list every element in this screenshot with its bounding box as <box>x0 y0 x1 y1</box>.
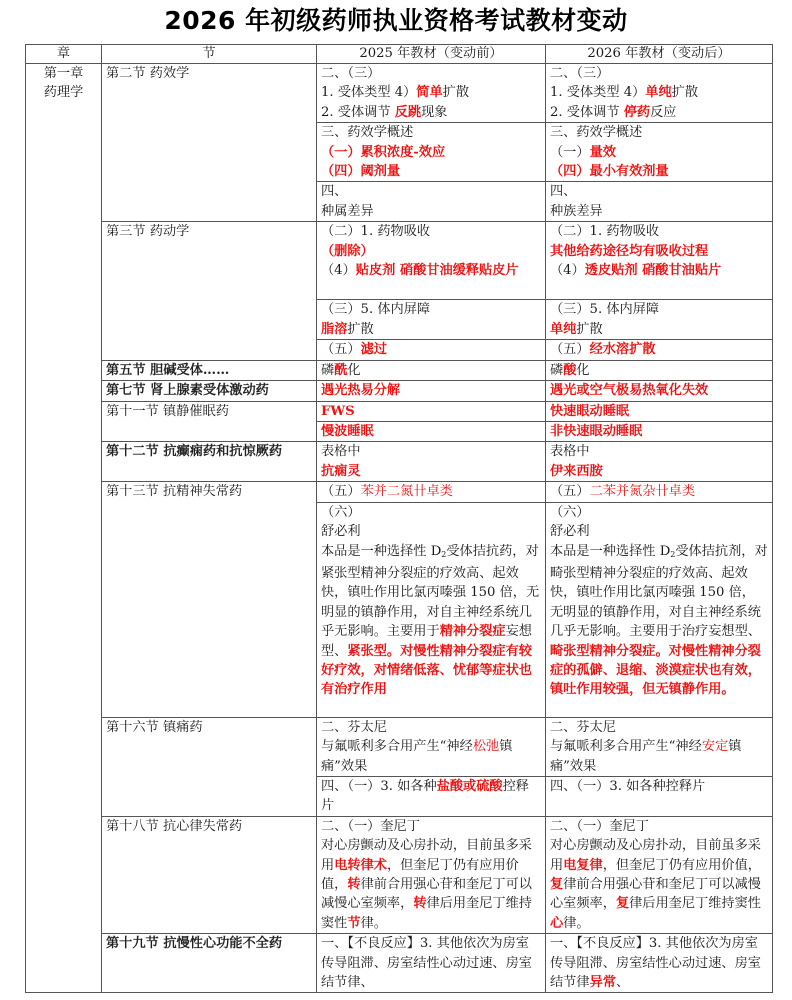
changed-text: 其他给药途径均有吸收过程 <box>550 242 768 261</box>
changed-text: 转 <box>347 877 360 892</box>
changed-text: 二苯并氮杂卄卓类 <box>590 484 696 499</box>
changed-text: 单纯 <box>645 85 671 100</box>
chapter-name: 药理学 <box>30 83 97 102</box>
after-cell: 遇光或空气极易热氧化失效 <box>546 381 773 401</box>
section-cell: 第三节 药动学 <box>102 222 317 360</box>
section-cell: 第十二节 抗癫痫药和抗惊厥药 <box>102 442 317 482</box>
section-cell: 第十八节 抗心律失常药 <box>102 816 317 933</box>
before-cell: （三）5. 体内屏障 脂溶扩散 <box>317 300 546 340</box>
changed-text: 透皮贴剂 硝酸甘油贴片 <box>585 263 721 278</box>
after-cell: 二、芬太尼 与氟哌利多合用产生“神经安定镇痛”效果 <box>546 717 773 776</box>
before-cell: 表格中 抗痫灵 <box>317 442 546 482</box>
before-cell: （六） 舒必利 本品是一种选择性 D2受体拮抗药，对紧张型精神分裂症的疗效高、起… <box>317 502 546 717</box>
changed-text: 异常 <box>590 975 616 990</box>
after-cell: 一、【不良反应】3. 其他依次为房室传导阻滞、房室结性心动过速、房室结节律异常、 <box>546 934 773 993</box>
after-cell: （五）经水溶扩散 <box>546 340 773 360</box>
section-cell: 第十一节 镇静催眠药 <box>102 401 317 442</box>
changed-text: 电复律 <box>563 858 603 873</box>
before-cell: 三、药效学概述 （一）累积浓度-效应 （四）阈剂量 <box>317 123 546 182</box>
before-cell: FWS <box>317 401 546 421</box>
table-row: 第一章 药理学 第二节 药效学 二、（三） 1. 受体类型 4）简单扩散 2. … <box>26 64 773 123</box>
section-cell: 第二节 药效学 <box>102 64 317 222</box>
changed-text: 盐酸或硫酸 <box>437 779 503 794</box>
changed-text: 伊来西胺 <box>550 462 768 481</box>
after-cell: 磷酸化 <box>546 360 773 380</box>
before-cell: 二、芬太尼 与氟哌利多合用产生“神经松弛镇痛”效果 <box>317 717 546 776</box>
after-cell: 四、（一）3. 如各种控释片 <box>546 776 773 816</box>
after-cell: 表格中 伊来西胺 <box>546 442 773 482</box>
header-section: 节 <box>102 45 317 64</box>
table-row: 第十二节 抗癫痫药和抗惊厥药 表格中 抗痫灵 表格中 伊来西胺 <box>26 442 773 482</box>
changed-text: 抗痫灵 <box>321 462 541 481</box>
changed-text: 电转律术 <box>334 858 387 873</box>
changed-text: 复 <box>550 877 563 892</box>
changed-text: （四）最小有效剂量 <box>550 162 768 181</box>
changed-text: （删除） <box>321 242 541 261</box>
before-cell: 二、（三） 1. 受体类型 4）简单扩散 2. 受体调节 反跳现象 <box>317 64 546 123</box>
section-cell: 第十六节 镇痛药 <box>102 717 317 816</box>
after-cell: 二、（一）奎尼丁 对心房颤动及心房扑动，目前虽多采用电复律，但奎尼丁仍有应用价值… <box>546 816 773 933</box>
table-row: 第十六节 镇痛药 二、芬太尼 与氟哌利多合用产生“神经松弛镇痛”效果 二、芬太尼… <box>26 717 773 776</box>
table-row: 第五节 胆碱受体…… 磷酰化 磷酸化 <box>26 360 773 380</box>
after-cell: 二、（三） 1. 受体类型 4）单纯扩散 2. 受体调节 停药反应 <box>546 64 773 123</box>
after-cell: （三）5. 体内屏障 单纯扩散 <box>546 300 773 340</box>
before-cell: （五）滤过 <box>317 340 546 360</box>
changed-text: 脂溶 <box>321 322 347 337</box>
before-cell: （五）苯并二氮卄卓类 <box>317 482 546 502</box>
changed-text: 苯并二氮卄卓类 <box>361 484 453 499</box>
changed-text: 经水溶扩散 <box>590 342 656 357</box>
after-cell: （二）1. 药物吸收 其他给药途径均有吸收过程 （4）透皮贴剂 硝酸甘油贴片 <box>546 222 773 300</box>
table-row: 第十九节 抗慢性心功能不全药 一、【不良反应】3. 其他依次为房室传导阻滞、房室… <box>26 934 773 993</box>
after-cell: （五）二苯并氮杂卄卓类 <box>546 482 773 502</box>
after-cell: 快速眼动睡眠 <box>546 401 773 421</box>
changed-text: （一）累积浓度-效应 <box>321 143 541 162</box>
header-after: 2026 年教材（变动后） <box>546 45 773 64</box>
table-header-row: 章 节 2025 年教材（变动前） 2026 年教材（变动后） <box>26 45 773 64</box>
table-row: 第十一节 镇静催眠药 FWS 快速眼动睡眠 <box>26 401 773 421</box>
after-cell: （六） 舒必利 本品是一种选择性 D2受体拮抗剂，对畸张型精神分裂症的疗效高、起… <box>546 502 773 717</box>
before-cell: 遇光热易分解 <box>317 381 546 401</box>
before-cell: 四、（一）3. 如各种盐酸或硫酸控释片 <box>317 776 546 816</box>
changed-text: 量效 <box>590 145 616 160</box>
table-row: 第七节 肾上腺素受体激动药 遇光热易分解 遇光或空气极易热氧化失效 <box>26 381 773 401</box>
table-row: 第三节 药动学 （二）1. 药物吸收 （删除） （4）贴皮剂 硝酸甘油缓释贴皮片… <box>26 222 773 300</box>
section-cell: 第十三节 抗精神失常药 <box>102 482 317 717</box>
changed-text: 酸 <box>563 363 576 378</box>
changed-text: 单纯 <box>550 322 576 337</box>
header-chapter: 章 <box>26 45 102 64</box>
document-title: 2026 年初级药师执业资格考试教材变动 <box>0 4 792 38</box>
changed-text: 复 <box>616 896 629 911</box>
before-cell: 一、【不良反应】3. 其他依次为房室传导阻滞、房室结性心动过速、房室结节律、 <box>317 934 546 993</box>
changed-text: 转 <box>413 896 426 911</box>
changed-text: 酰 <box>334 363 347 378</box>
after-cell: 三、药效学概述 （一）量效 （四）最小有效剂量 <box>546 123 773 182</box>
changed-text: 安定 <box>702 739 728 754</box>
before-cell: 磷酰化 <box>317 360 546 380</box>
header-before: 2025 年教材（变动前） <box>317 45 546 64</box>
changed-text: 简单 <box>416 85 442 100</box>
changed-text: 精神分裂症 <box>440 624 506 639</box>
table-row: 第十三节 抗精神失常药 （五）苯并二氮卄卓类 （五）二苯并氮杂卄卓类 <box>26 482 773 502</box>
before-cell: （二）1. 药物吸收 （删除） （4）贴皮剂 硝酸甘油缓释贴皮片 <box>317 222 546 300</box>
changed-text: 滤过 <box>361 342 387 357</box>
changed-text: 紧张型。对慢性精神分裂症有较好疗效，对情绪低落、忧郁等症状也有治疗作用 <box>321 644 532 698</box>
after-cell: 非快速眼动睡眠 <box>546 422 773 442</box>
chapter-number: 第一章 <box>30 64 97 83</box>
before-cell: 慢波睡眠 <box>317 422 546 442</box>
changed-text: 心 <box>550 916 563 931</box>
changed-text: （四）阈剂量 <box>321 162 541 181</box>
section-cell: 第五节 胆碱受体…… <box>102 360 317 380</box>
section-cell: 第七节 肾上腺素受体激动药 <box>102 381 317 401</box>
table-row: 第十八节 抗心律失常药 二、（一）奎尼丁 对心房颤动及心房扑动，目前虽多采用电转… <box>26 816 773 933</box>
before-cell: 四、 种属差异 <box>317 182 546 222</box>
after-cell: 四、 种族差异 <box>546 182 773 222</box>
changed-text: 反跳 <box>395 105 421 120</box>
section-cell: 第十九节 抗慢性心功能不全药 <box>102 934 317 993</box>
changed-text: 松弛 <box>473 739 499 754</box>
before-cell: 二、（一）奎尼丁 对心房颤动及心房扑动，目前虽多采用电转律术，但奎尼丁仍有应用价… <box>317 816 546 933</box>
textbook-changes-table: 章 节 2025 年教材（变动前） 2026 年教材（变动后） 第一章 药理学 … <box>25 44 773 993</box>
changed-text: 节 <box>347 916 360 931</box>
changed-text: 停药 <box>624 105 650 120</box>
changed-text: 贴皮剂 硝酸甘油缓释贴皮片 <box>356 263 519 278</box>
changed-text: 畸张型精神分裂症。对慢性精神分裂症的孤僻、退缩、淡漠症状也有效，镇吐作用较强，但… <box>550 644 761 698</box>
chapter-cell: 第一章 药理学 <box>26 64 102 993</box>
